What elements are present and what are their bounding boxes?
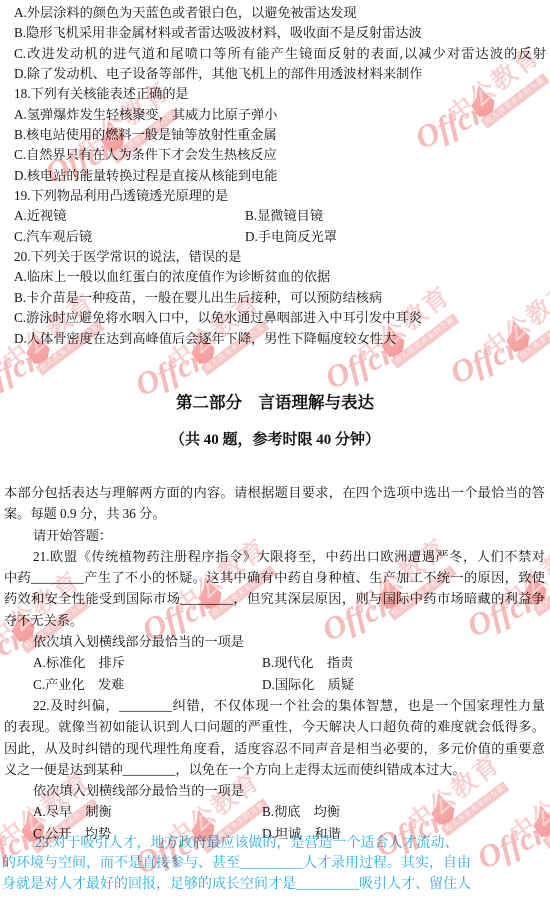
text-line: 的表现。就像当初如能认识到人口问题的严重性，今天解决人口超负荷的难度就会低得多。 xyxy=(4,716,545,737)
text-line: 23.对于吸引人才，地方政府最应该做的，是营造一个适合人才流动、 xyxy=(2,834,550,854)
option-row: C.产业化 发难D.国际化 质疑 xyxy=(4,674,545,695)
text-line: D.除了发动机、电子设备等部件，其他飞机上的部件用透波材料来制作 xyxy=(14,64,546,84)
text-line: B.隐形飞机采用非金属材料或者雷达吸波材料，吸收面不是反射雷达波 xyxy=(14,23,546,43)
text-line: 中药________产生了不小的怀疑。这其中确有中药自身种植、生产加工不统一的原… xyxy=(4,567,545,588)
part2-questions-block: 本部分包括表达与理解两方面的内容。请根据题目要求，在四个选项中选出一个最恰当的答… xyxy=(4,482,545,844)
option-row: C.汽车观后镜D.手电筒反光罩 xyxy=(14,227,546,247)
option-left: A.近视镜 xyxy=(14,208,66,223)
option-row: A.近视镜B.显微镜目镜 xyxy=(14,206,546,226)
option-row: A.标准化 排斥B.现代化 指责 xyxy=(4,652,545,673)
option-right: B.显微镜目镜 xyxy=(245,206,323,226)
text-line: 案。每题 0.9 分，共 36 分。 xyxy=(4,503,545,524)
text-line: 因此，从及时纠错的现代理性角度看，适度容忍不同声音是相当必要的，多元价值的重要意 xyxy=(4,738,545,759)
text-line: 本部分包括表达与理解两方面的内容。请根据题目要求，在四个选项中选出一个最恰当的答 xyxy=(4,482,545,503)
option-row: A.尽早 制衡B.彻底 均衡 xyxy=(4,801,545,822)
text-line: 依次填入划横线部分最恰当的一项是 xyxy=(4,631,545,652)
text-line: C.游泳时应避免将水咽入口中，以免水通过鼻咽部进入中耳引发中耳炎 xyxy=(14,308,546,328)
question-23-highlighted-block: 23.对于吸引人才，地方政府最应该做的，是营造一个适合人才流动、的环境与空间，而… xyxy=(2,834,550,895)
text-line: D.人体骨密度在达到高峰值后会逐年下降，男性下降幅度较女性大 xyxy=(14,329,546,349)
option-left: C.产业化 发难 xyxy=(33,677,124,692)
text-line: 依次填入划横线部分最恰当的一项是 xyxy=(4,780,545,801)
text-line: A.外层涂料的颜色为天蓝色或者银白色，以避免被雷达发现 xyxy=(14,3,546,23)
text-line: 夺不无关系。 xyxy=(4,610,545,631)
option-right: D.手电筒反光罩 xyxy=(245,227,337,247)
text-line: 义之一便是达到某种________，以免在一个方向上走得太远而使纠错成本过大。 xyxy=(4,759,545,780)
text-line: 身就是对人才最好的回报，足够的成长空间才是_________吸引人才、留住人 xyxy=(2,875,550,895)
text-line: B.核电站使用的燃料一般是铀等放射性重金属 xyxy=(14,125,546,145)
text-line: 20.下列关于医学常识的说法，错误的是 xyxy=(14,247,546,267)
option-right: B.彻底 均衡 xyxy=(262,801,340,822)
option-right: D.国际化 质疑 xyxy=(262,674,354,695)
text-line: 的环境与空间，而不是直接参与、甚至_________人才录用过程。其实，自由 xyxy=(2,854,550,874)
text-line: B.卡介苗是一种疫苗，一般在婴儿出生后接种，可以预防结核病 xyxy=(14,288,546,308)
text-line: 药效和安全性能受到国际市场________，但究其深层原因，则与国际中药市场暗藏… xyxy=(4,588,545,609)
text-line: 22.及时纠偏，________纠错，不仅体现一个社会的集体智慧，也是一个国家理… xyxy=(4,695,545,716)
text-line: 21.欧盟《传统植物药注册程序指令》大限将至，中药出口欧洲遭遇严冬，人们不禁对 xyxy=(4,546,545,567)
option-right: B.现代化 指责 xyxy=(262,652,353,673)
text-line: 请开始答题： xyxy=(4,525,545,546)
option-left: C.汽车观后镜 xyxy=(14,229,92,244)
text-line: C.改进发动机的进气道和尾喷口等所有能产生镜面反射的表面,以减少对雷达波的反射 xyxy=(14,44,546,64)
option-left: A.尽早 制衡 xyxy=(33,804,112,819)
part1-questions-block: A.外层涂料的颜色为天蓝色或者银白色，以避免被雷达发现B.隐形飞机采用非金属材料… xyxy=(14,3,546,349)
section-subtitle: （共 40 题，参考时限 40 分钟） xyxy=(0,428,550,449)
text-line: A.临床上一般以血红蛋白的浓度值作为诊断贫血的依据 xyxy=(14,267,546,287)
text-line: A.氢弹爆炸发生轻核聚变，其威力比原子弹小 xyxy=(14,105,546,125)
text-line: 18.下列有关核能表述正确的是 xyxy=(14,84,546,104)
text-line: C.自然界只有在人为条件下才会发生热核反应 xyxy=(14,145,546,165)
section-title: 第二部分 言语理解与表达 xyxy=(0,389,550,413)
exam-document-page: A.外层涂料的颜色为天蓝色或者银白色，以避免被雷达发现B.隐形飞机采用非金属材料… xyxy=(0,0,550,908)
option-left: A.标准化 排斥 xyxy=(33,655,125,670)
text-line: D.核电站的能量转换过程是直接从核能到电能 xyxy=(14,166,546,186)
text-line: 19.下列物品利用凸透镜透光原理的是 xyxy=(14,186,546,206)
